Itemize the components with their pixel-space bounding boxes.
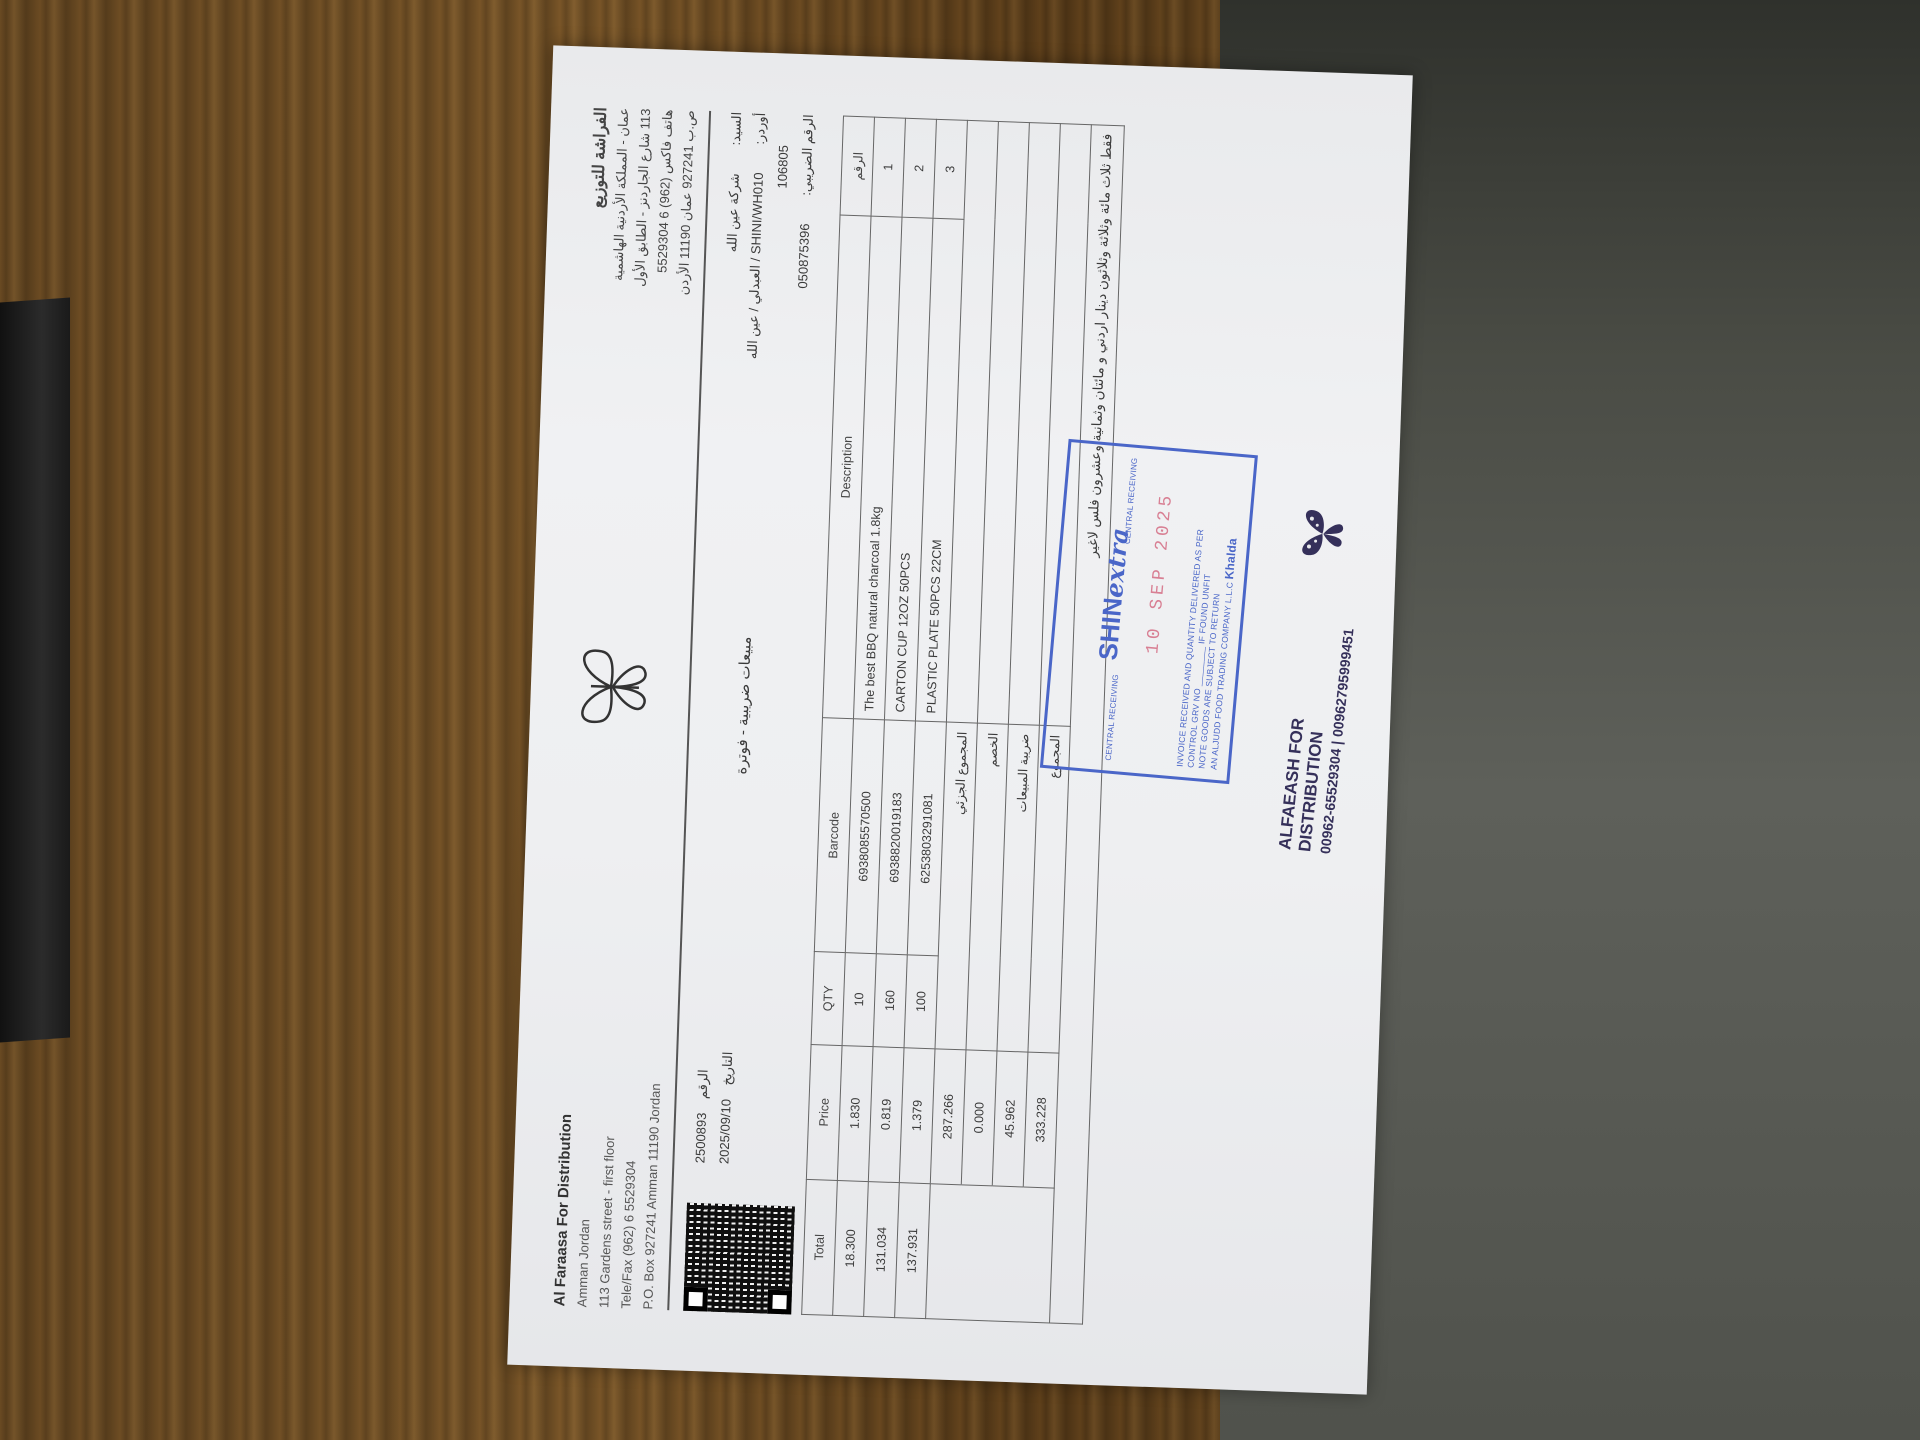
- row-qty: 160: [873, 954, 907, 1048]
- customer-info: السيد: شركة عين الله أوردر: SHINI/WH010 …: [716, 111, 821, 361]
- col-total: Total: [802, 1179, 838, 1315]
- stamp-central-receiving-right: CENTRAL RECEIVING: [1123, 457, 1141, 544]
- stamp-branch: Khalda: [1222, 538, 1240, 580]
- row-total: 137.931: [895, 1183, 931, 1319]
- dark-object-edge: [0, 298, 70, 1043]
- receiving-stamp: CENTRAL RECEIVING SHINextra CENTRAL RECE…: [1040, 439, 1258, 784]
- customer-name: شركة عين الله: [720, 173, 747, 253]
- row-price: 0.819: [868, 1046, 904, 1182]
- row-index: 1: [871, 117, 905, 217]
- stamp-brand: SHINextra: [1093, 527, 1135, 662]
- tax-number-label: الرقم الضريبي:: [794, 114, 821, 196]
- row-qty: 100: [904, 955, 938, 1049]
- invoice-number: 2500893: [692, 1112, 709, 1163]
- order-label: أوردر:: [748, 112, 773, 145]
- stamp-date: 10 SEP 2025: [1143, 491, 1177, 655]
- invoice-number-label: الرقم: [695, 1069, 711, 1099]
- discount-value: 0.000: [961, 1050, 997, 1186]
- row-index: 3: [933, 119, 967, 219]
- customer-name-label: السيد:: [724, 111, 749, 145]
- invoice-header: Al Faraasa For Distribution Amman Jordan…: [549, 107, 701, 1310]
- invoice-type-title: مبيعات ضريبية - فوترة: [732, 636, 755, 775]
- qr-code: [683, 1203, 795, 1315]
- row-total: 18.300: [833, 1180, 869, 1316]
- invoice-meta: 2500893 الرقم 2025/09/10 التاريخ: [688, 1050, 740, 1164]
- invoice-date: 2025/09/10: [716, 1099, 733, 1165]
- row-price: 1.830: [837, 1045, 873, 1181]
- seller-info-arabic: الفراشة للتوزيع عمان - المملكة الأردنية …: [585, 107, 701, 296]
- grand-total-value: 333.228: [1023, 1052, 1059, 1188]
- row-index: 2: [902, 118, 936, 218]
- row-total: 131.034: [864, 1181, 900, 1317]
- tax-number: 050875396: [791, 223, 817, 289]
- sales-tax-value: 45.962: [992, 1051, 1028, 1187]
- butterfly-stamp-icon: [1296, 503, 1358, 565]
- row-qty: 10: [842, 953, 876, 1047]
- stamp-brand-name: SHIN: [1093, 596, 1128, 661]
- distributor-stamp: ALFAEASH FOR DISTRIBUTION 00962-65529304…: [1275, 491, 1370, 855]
- invoice-paper: Al Faraasa For Distribution Amman Jordan…: [507, 45, 1413, 1394]
- seller-info-english: Al Faraasa For Distribution Amman Jordan…: [549, 1080, 667, 1310]
- stamp-central-receiving-left: CENTRAL RECEIVING: [1104, 674, 1122, 761]
- butterfly-logo-icon: [569, 641, 652, 734]
- order-number: 106805: [770, 145, 795, 189]
- col-qty: QTY: [811, 951, 845, 1045]
- col-index: الرقم: [840, 116, 874, 216]
- invoice-date-label: التاريخ: [719, 1051, 735, 1085]
- col-price: Price: [806, 1044, 842, 1180]
- row-price: 1.379: [899, 1047, 935, 1183]
- subtotal-value: 287.266: [930, 1049, 966, 1185]
- stamp-terms: INVOICE RECEIVED AND QUANTITY DELIVERED …: [1175, 467, 1246, 770]
